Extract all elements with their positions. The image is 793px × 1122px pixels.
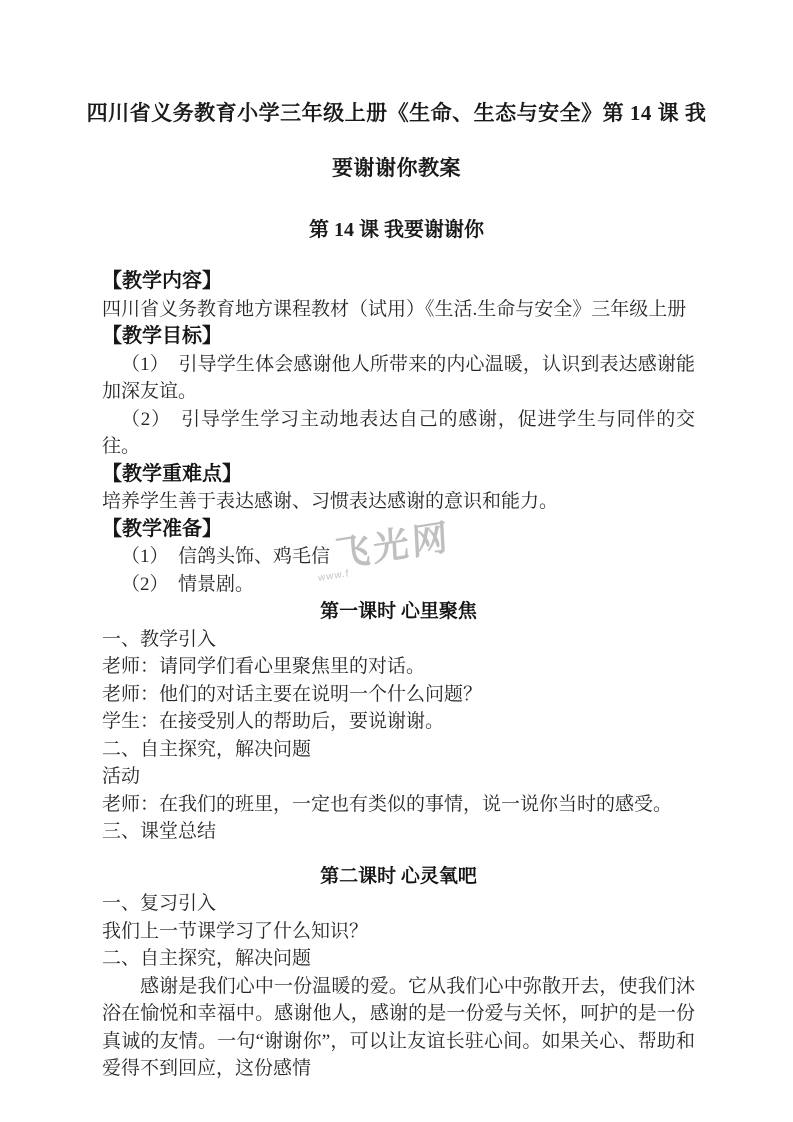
period2-heading: 第二课时 心灵氧吧 (102, 863, 695, 891)
period1-line-7: 老师：在我们的班里，一定也有类似的事情，说一说你当时的感受。 (102, 791, 695, 819)
period1-line-6: 活动 (102, 763, 695, 791)
preparation-item-2: （2） 情景剧。 (102, 571, 695, 599)
document-title: 四川省义务教育小学三年级上册《生命、生态与安全》第 14 课 我要谢谢你教案 (82, 86, 712, 196)
section-text-teaching-content: 四川省义务教育地方课程教材（试用）《生活.生命与安全》三年级上册 (102, 296, 695, 324)
section-heading-key-points: 【教学重难点】 (102, 461, 695, 489)
objective-item-2: （2） 引导学生学习主动地表达自己的感谢，促进学生与同伴的交往。 (102, 406, 695, 461)
period1-heading: 第一课时 心里聚焦 (102, 598, 695, 626)
objective-item-1: （1） 引导学生体会感谢他人所带来的内心温暖，认识到表达感谢能加深友谊。 (102, 351, 695, 406)
period1-line-1: 一、教学引入 (102, 626, 695, 654)
section-heading-objectives: 【教学目标】 (102, 323, 695, 351)
period1-line-2: 老师：请同学们看心里聚焦里的对话。 (102, 653, 695, 681)
period1-line-5: 二、自主探究，解决问题 (102, 736, 695, 764)
section-heading-teaching-content: 【教学内容】 (102, 268, 695, 296)
preparation-item-1: （1） 信鸽头饰、鸡毛信 (102, 543, 695, 571)
document-page: 飞光网 www.f 四川省义务教育小学三年级上册《生命、生态与安全》第 14 课… (0, 0, 793, 1122)
section-heading-preparation: 【教学准备】 (102, 516, 695, 544)
period1-line-3: 老师：他们的对话主要在说明一个什么问题？ (102, 681, 695, 709)
period2-paragraph: 感谢是我们心中一份温暖的爱。它从我们心中弥散开去，使我们沐浴在愉悦和幸福中。感谢… (102, 973, 695, 1083)
lesson-heading: 第 14 课 我要谢谢你 (0, 216, 793, 244)
period2-line-3: 二、自主探究，解决问题 (102, 945, 695, 973)
period2-line-2: 我们上一节课学习了什么知识？ (102, 918, 695, 946)
period2-line-1: 一、复习引入 (102, 890, 695, 918)
period1-line-8: 三、课堂总结 (102, 818, 695, 846)
document-body: 【教学内容】 四川省义务教育地方课程教材（试用）《生活.生命与安全》三年级上册 … (102, 268, 695, 1083)
period1-line-4: 学生：在接受别人的帮助后，要说谢谢。 (102, 708, 695, 736)
section-text-key-points: 培养学生善于表达感谢、习惯表达感谢的意识和能力。 (102, 488, 695, 516)
